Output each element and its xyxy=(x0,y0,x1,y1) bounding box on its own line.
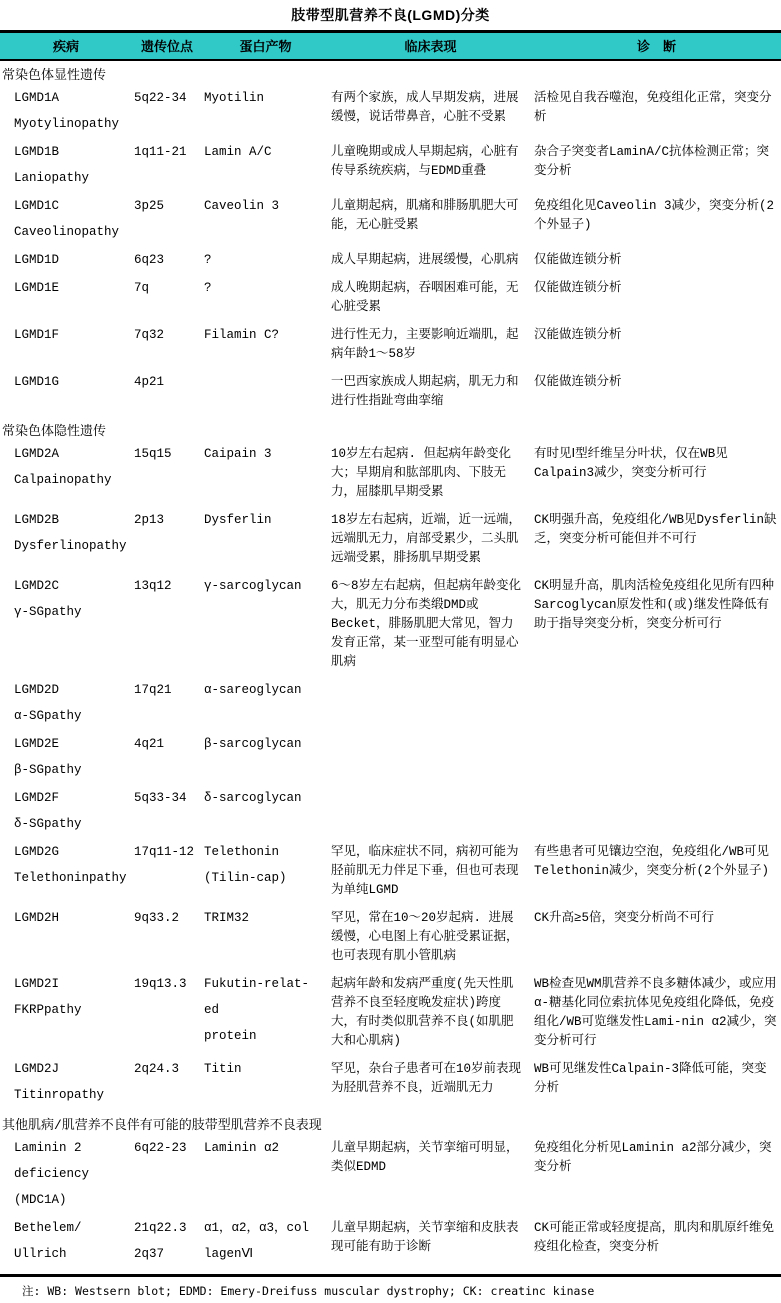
locus-cell: 7q xyxy=(132,276,202,323)
table-row: LGMD1E7q?成人晚期起病，吞咽困难可能，无心脏受累仅能做连锁分析 xyxy=(0,276,781,323)
diagnosis-cell: CK可能正常或轻度提高，肌肉和肌原纤维免疫组化检查，突变分析 xyxy=(532,1216,781,1270)
protein-cell xyxy=(202,370,329,417)
cell-line: LGMD2D xyxy=(14,681,124,700)
cell-line: Caveolinopathy xyxy=(14,223,124,242)
locus-cell: 21q22.32q37 xyxy=(132,1216,202,1270)
cell-line: Telethonin xyxy=(204,843,321,862)
cell-line: 儿童早期起病，关节挛缩和皮肤表现可能有助于诊断 xyxy=(331,1219,524,1257)
cell-line: Titinropathy xyxy=(14,1086,124,1105)
cell-line: 一巴西家族成人期起病，肌无力和进行性指趾弯曲挛缩 xyxy=(331,373,524,411)
table-row: LGMD1G4p21一巴西家族成人期起病，肌无力和进行性指趾弯曲挛缩仅能做连锁分… xyxy=(0,370,781,417)
footnote: 注: WB: Westsern blot; EDMD: Emery-Dreifu… xyxy=(0,1277,781,1303)
cell-line: ed xyxy=(204,1001,321,1020)
disease-cell: LGMD2H xyxy=(0,906,132,972)
diagnosis-cell: CK明显升高，肌肉活检免疫组化见所有四种Sarcoglycan原发性和(或)继发… xyxy=(532,574,781,678)
locus-cell: 17q11-12 xyxy=(132,840,202,906)
cell-line: Dysferlin xyxy=(204,511,321,530)
cell-line: 有些患者可见镶边空泡，免疫组化/WB可见Telethonin减少，突变分析(2个… xyxy=(534,843,777,881)
protein-cell: Lamin A/C xyxy=(202,140,329,194)
protein-cell: δ-sarcoglycan xyxy=(202,786,329,840)
cell-line: 3p25 xyxy=(134,197,194,216)
cell-line: CK明强升高，免疫组化/WB见Dysferlin缺乏，突变分析可能但并不可行 xyxy=(534,511,777,549)
protein-cell: α1，α2，α3，collagenⅥ xyxy=(202,1216,329,1270)
clinical-cell: 儿童早期起病，关节挛缩可明显，类似EDMD xyxy=(329,1136,532,1216)
disease-cell: Laminin 2deficiency(MDC1A) xyxy=(0,1136,132,1216)
disease-cell: LGMD2Cγ-SGpathy xyxy=(0,574,132,678)
cell-line: 4q21 xyxy=(134,735,194,754)
locus-cell: 9q33.2 xyxy=(132,906,202,972)
column-header-4: 诊 断 xyxy=(532,32,781,61)
clinical-cell: 有两个家族，成人早期发病，进展缓慢，说话带鼻音，心脏不受累 xyxy=(329,86,532,140)
cell-line: ? xyxy=(204,251,321,270)
clinical-cell: 18岁左右起病，近端，近一远端，远端肌无力，肩部受累少，二头肌远端受累，腓扬肌早… xyxy=(329,508,532,574)
diagnosis-cell xyxy=(532,678,781,732)
cell-line: LGMD2C xyxy=(14,577,124,596)
cell-line: (MDC1A) xyxy=(14,1191,124,1210)
protein-cell: β-sarcoglycan xyxy=(202,732,329,786)
protein-cell: Filamin C? xyxy=(202,323,329,370)
locus-cell: 5q33-34 xyxy=(132,786,202,840)
table-row: LGMD2JTitinropathy2q24.3Titin罕见，杂台子患者可在1… xyxy=(0,1057,781,1111)
cell-line: 17q21 xyxy=(134,681,194,700)
diagnosis-cell: CK升高≥5倍，突变分析尚不可行 xyxy=(532,906,781,972)
cell-line: 仅能做连锁分析 xyxy=(534,373,777,392)
cell-line: 儿童期起病，肌痛和腓肠肌肥大可能，无心脏受累 xyxy=(331,197,524,235)
cell-line: LGMD1F xyxy=(14,326,124,345)
locus-cell: 4q21 xyxy=(132,732,202,786)
cell-line: LGMD1G xyxy=(14,373,124,392)
cell-line: 1q11-21 xyxy=(134,143,194,162)
table-row: LGMD2BDysferlinopathy2p13Dysferlin18岁左右起… xyxy=(0,508,781,574)
cell-line: 有时见Ⅰ型纤维呈分叶状，仅在WB见Calpain3减少，突变分析可行 xyxy=(534,445,777,483)
header-row: 疾病遗传位点蛋白产物临床表现诊 断 xyxy=(0,32,781,61)
cell-line: 杂合子突变者LaminA/C抗体检测正常；突变分析 xyxy=(534,143,777,181)
diagnosis-cell: WB检查见WM肌营养不良多糖体减少，或应用α-糖基化同位索抗体见免疫组化降低，免… xyxy=(532,972,781,1057)
cell-line: Bethelem/ xyxy=(14,1219,124,1238)
cell-line: Caveolin 3 xyxy=(204,197,321,216)
locus-cell: 6q23 xyxy=(132,248,202,276)
disease-cell: LGMD1D xyxy=(0,248,132,276)
clinical-cell: 进行性无力，主要影响近端肌，起病年龄1～58岁 xyxy=(329,323,532,370)
table-header: 疾病遗传位点蛋白产物临床表现诊 断 xyxy=(0,32,781,61)
cell-line: 5q22-34 xyxy=(134,89,194,108)
diagnosis-cell: CK明强升高，免疫组化/WB见Dysferlin缺乏，突变分析可能但并不可行 xyxy=(532,508,781,574)
clinical-cell: 罕见，常在10～20岁起病. 进展缓慢，心电图上有心脏受累证据，也可表现有肌小管… xyxy=(329,906,532,972)
cell-line: LGMD1A xyxy=(14,89,124,108)
cell-line: 仅能做连锁分析 xyxy=(534,279,777,298)
cell-line: 起病年龄和发病严重度(先天性肌营养不良至轻度晚发症状)跨度大，有时类似肌营养不良… xyxy=(331,975,524,1051)
cell-line: δ-SGpathy xyxy=(14,815,124,834)
cell-line: δ-sarcoglycan xyxy=(204,789,321,808)
clinical-cell xyxy=(329,678,532,732)
cell-line: 儿童早期起病，关节挛缩可明显，类似EDMD xyxy=(331,1139,524,1177)
diagnosis-cell: 仅能做连锁分析 xyxy=(532,276,781,323)
disease-cell: LGMD2JTitinropathy xyxy=(0,1057,132,1111)
clinical-cell: 罕见，杂台子患者可在10岁前表现为胫肌营养不良，近端肌无力 xyxy=(329,1057,532,1111)
cell-line: CK明显升高，肌肉活检免疫组化见所有四种Sarcoglycan原发性和(或)继发… xyxy=(534,577,777,634)
column-header-3: 临床表现 xyxy=(329,32,532,61)
cell-line: LGMD2J xyxy=(14,1060,124,1079)
cell-line: WB可见继发性Calpain-3降低可能，突变分析 xyxy=(534,1060,777,1098)
disease-cell: LGMD2Fδ-SGpathy xyxy=(0,786,132,840)
table-title: 肢带型肌营养不良(LGMD)分类 xyxy=(0,2,781,30)
disease-cell: LGMD1BLaniopathy xyxy=(0,140,132,194)
cell-line: 4p21 xyxy=(134,373,194,392)
column-header-1: 遗传位点 xyxy=(132,32,202,61)
diagnosis-cell: 杂合子突变者LaminA/C抗体检测正常；突变分析 xyxy=(532,140,781,194)
protein-cell: ? xyxy=(202,248,329,276)
diagnosis-cell xyxy=(532,786,781,840)
cell-line: 19q13.3 xyxy=(134,975,194,994)
diagnosis-cell: WB可见继发性Calpain-3降低可能，突变分析 xyxy=(532,1057,781,1111)
cell-line: LGMD2B xyxy=(14,511,124,530)
cell-line: 9q33.2 xyxy=(134,909,194,928)
cell-line: α-sareoglycan xyxy=(204,681,321,700)
cell-line: 21q22.3 xyxy=(134,1219,194,1238)
cell-line: β-sarcoglycan xyxy=(204,735,321,754)
cell-line: LGMD1E xyxy=(14,279,124,298)
cell-line: 13q12 xyxy=(134,577,194,596)
table-row: LGMD2Eβ-SGpathy4q21β-sarcoglycan xyxy=(0,732,781,786)
locus-cell: 17q21 xyxy=(132,678,202,732)
locus-cell: 13q12 xyxy=(132,574,202,678)
disease-cell: LGMD1F xyxy=(0,323,132,370)
protein-cell: Myotilin xyxy=(202,86,329,140)
section-row: 其他肌病/肌营养不良伴有可能的肢带型肌营养不良表现 xyxy=(0,1111,781,1136)
locus-cell: 5q22-34 xyxy=(132,86,202,140)
cell-line: Filamin C? xyxy=(204,326,321,345)
cell-line: Lamin A/C xyxy=(204,143,321,162)
cell-line: LGMD2A xyxy=(14,445,124,464)
table-row: LGMD1AMyotylinopathy5q22-34Myotilin有两个家族… xyxy=(0,86,781,140)
cell-line: 15q15 xyxy=(134,445,194,464)
diagnosis-cell: 仅能做连锁分析 xyxy=(532,370,781,417)
cell-line: LGMD1C xyxy=(14,197,124,216)
cell-line: deficiency xyxy=(14,1165,124,1184)
section-heading: 常染色体隐性遗传 xyxy=(0,417,781,442)
cell-line: LGMD1D xyxy=(14,251,124,270)
locus-cell: 6q22-23 xyxy=(132,1136,202,1216)
table-row: Laminin 2deficiency(MDC1A)6q22-23Laminin… xyxy=(0,1136,781,1216)
locus-cell: 7q32 xyxy=(132,323,202,370)
cell-line: CK可能正常或轻度提高，肌肉和肌原纤维免疫组化检查，突变分析 xyxy=(534,1219,777,1257)
cell-line: Laminin α2 xyxy=(204,1139,321,1158)
clinical-cell: 起病年龄和发病严重度(先天性肌营养不良至轻度晚发症状)跨度大，有时类似肌营养不良… xyxy=(329,972,532,1057)
cell-line: TRIM32 xyxy=(204,909,321,928)
protein-cell: α-sareoglycan xyxy=(202,678,329,732)
cell-line: 儿童晚期或成人早期起病，心脏有传导系统疾病，与EDMD重叠 xyxy=(331,143,524,181)
disease-cell: LGMD2Eβ-SGpathy xyxy=(0,732,132,786)
cell-line: Laminin 2 xyxy=(14,1139,124,1158)
cell-line: 免疫组化见Caveolin 3减少，突变分析(2个外显子) xyxy=(534,197,777,235)
disease-cell: LGMD1G xyxy=(0,370,132,417)
cell-line: 汉能做连锁分析 xyxy=(534,326,777,345)
clinical-cell: 儿童晚期或成人早期起病，心脏有传导系统疾病，与EDMD重叠 xyxy=(329,140,532,194)
cell-line: 活检见自我吞噬泡，免疫组化正常，突变分析 xyxy=(534,89,777,127)
cell-line: β-SGpathy xyxy=(14,761,124,780)
cell-line: 18岁左右起病，近端，近一远端，远端肌无力，肩部受累少，二头肌远端受累，腓扬肌早… xyxy=(331,511,524,568)
table-row: Bethelem/Ullrich21q22.32q37α1，α2，α3，coll… xyxy=(0,1216,781,1270)
cell-line: Telethoninpathy xyxy=(14,869,124,888)
clinical-cell: 儿童早期起病，关节挛缩和皮肤表现可能有助于诊断 xyxy=(329,1216,532,1270)
disease-cell: LGMD1AMyotylinopathy xyxy=(0,86,132,140)
clinical-cell: 儿童期起病，肌痛和腓肠肌肥大可能，无心脏受累 xyxy=(329,194,532,248)
cell-line: 6～8岁左右起病，但起病年龄变化大，肌无力分布类缎DMD或Becket，腓肠肌肥… xyxy=(331,577,524,672)
cell-line: Myotylinopathy xyxy=(14,115,124,134)
clinical-cell: 成人早期起病，进展缓慢，心肌病 xyxy=(329,248,532,276)
diagnosis-cell: 有时见Ⅰ型纤维呈分叶状，仅在WB见Calpain3减少，突变分析可行 xyxy=(532,442,781,508)
cell-line: 有两个家族，成人早期发病，进展缓慢，说话带鼻音，心脏不受累 xyxy=(331,89,524,127)
table-row: LGMD2Fδ-SGpathy5q33-34δ-sarcoglycan xyxy=(0,786,781,840)
diagnosis-cell: 免疫组化见Caveolin 3减少，突变分析(2个外显子) xyxy=(532,194,781,248)
cell-line: LGMD2H xyxy=(14,909,124,928)
cell-line: γ-sarcoglycan xyxy=(204,577,321,596)
cell-line: 10岁左右起病. 但起病年龄变化大；早期肩和肱部肌肉、下肢无力，屈膝肌早期受累 xyxy=(331,445,524,502)
cell-line: 成人早期起病，进展缓慢，心肌病 xyxy=(331,251,524,270)
table-row: LGMD2IFKRPpathy19q13.3Fukutin-relat-edpr… xyxy=(0,972,781,1057)
table-row: LGMD2GTelethoninpathy17q11-12Telethonin(… xyxy=(0,840,781,906)
cell-line: FKRPpathy xyxy=(14,1001,124,1020)
cell-line: 5q33-34 xyxy=(134,789,194,808)
diagnosis-cell: 汉能做连锁分析 xyxy=(532,323,781,370)
diagnosis-cell: 有些患者可见镶边空泡，免疫组化/WB可见Telethonin减少，突变分析(2个… xyxy=(532,840,781,906)
locus-cell: 19q13.3 xyxy=(132,972,202,1057)
cell-line: LGMD1B xyxy=(14,143,124,162)
locus-cell: 4p21 xyxy=(132,370,202,417)
clinical-cell xyxy=(329,732,532,786)
cell-line: 2q24.3 xyxy=(134,1060,194,1079)
lgmd-classification-table: 疾病遗传位点蛋白产物临床表现诊 断 常染色体显性遗传LGMD1AMyotylin… xyxy=(0,30,781,1270)
cell-line: lagenⅥ xyxy=(204,1245,321,1264)
protein-cell: Telethonin(Tilin-cap) xyxy=(202,840,329,906)
clinical-cell: 罕见，临床症状不同，病初可能为胫前肌无力伴足下垂，但也可表现为单纯LGMD xyxy=(329,840,532,906)
cell-line: 进行性无力，主要影响近端肌，起病年龄1～58岁 xyxy=(331,326,524,364)
diagnosis-cell: 免疫组化分析见Laminin a2部分减少，突变分析 xyxy=(532,1136,781,1216)
diagnosis-cell: 仅能做连锁分析 xyxy=(532,248,781,276)
locus-cell: 2p13 xyxy=(132,508,202,574)
cell-line: WB检查见WM肌营养不良多糖体减少，或应用α-糖基化同位索抗体见免疫组化降低，免… xyxy=(534,975,777,1051)
diagnosis-cell: 活检见自我吞噬泡，免疫组化正常，突变分析 xyxy=(532,86,781,140)
cell-line: 6q23 xyxy=(134,251,194,270)
disease-cell: LGMD2ACalpainopathy xyxy=(0,442,132,508)
column-header-0: 疾病 xyxy=(0,32,132,61)
disease-cell: LGMD1E xyxy=(0,276,132,323)
cell-line: 6q22-23 xyxy=(134,1139,194,1158)
protein-cell: Fukutin-relat-edprotein xyxy=(202,972,329,1057)
disease-cell: LGMD2IFKRPpathy xyxy=(0,972,132,1057)
cell-line: LGMD2I xyxy=(14,975,124,994)
cell-line: (Tilin-cap) xyxy=(204,869,321,888)
cell-line: Titin xyxy=(204,1060,321,1079)
clinical-cell: 10岁左右起病. 但起病年龄变化大；早期肩和肱部肌肉、下肢无力，屈膝肌早期受累 xyxy=(329,442,532,508)
cell-line: α-SGpathy xyxy=(14,707,124,726)
section-row: 常染色体显性遗传 xyxy=(0,60,781,86)
cell-line: 罕见，常在10～20岁起病. 进展缓慢，心电图上有心脏受累证据，也可表现有肌小管… xyxy=(331,909,524,966)
table-row: LGMD2Dα-SGpathy17q21α-sareoglycan xyxy=(0,678,781,732)
cell-line: α1，α2，α3，col xyxy=(204,1219,321,1238)
cell-line: 罕见，临床症状不同，病初可能为胫前肌无力伴足下垂，但也可表现为单纯LGMD xyxy=(331,843,524,900)
section-row: 常染色体隐性遗传 xyxy=(0,417,781,442)
cell-line: 成人晚期起病，吞咽困难可能，无心脏受累 xyxy=(331,279,524,317)
cell-line: 2q37 xyxy=(134,1245,194,1264)
disease-cell: Bethelem/Ullrich xyxy=(0,1216,132,1270)
clinical-cell: 一巴西家族成人期起病，肌无力和进行性指趾弯曲挛缩 xyxy=(329,370,532,417)
cell-line: ? xyxy=(204,279,321,298)
cell-line: protein xyxy=(204,1027,321,1046)
table-row: LGMD2Cγ-SGpathy13q12γ-sarcoglycan6～8岁左右起… xyxy=(0,574,781,678)
locus-cell: 15q15 xyxy=(132,442,202,508)
cell-line: 2p13 xyxy=(134,511,194,530)
cell-line: 罕见，杂台子患者可在10岁前表现为胫肌营养不良，近端肌无力 xyxy=(331,1060,524,1098)
disease-cell: LGMD2BDysferlinopathy xyxy=(0,508,132,574)
disease-cell: LGMD2Dα-SGpathy xyxy=(0,678,132,732)
locus-cell: 1q11-21 xyxy=(132,140,202,194)
section-heading: 其他肌病/肌营养不良伴有可能的肢带型肌营养不良表现 xyxy=(0,1111,781,1136)
protein-cell: Titin xyxy=(202,1057,329,1111)
cell-line: Myotilin xyxy=(204,89,321,108)
cell-line: 7q xyxy=(134,279,194,298)
table-row: LGMD1BLaniopathy1q11-21Lamin A/C儿童晚期或成人早… xyxy=(0,140,781,194)
column-header-2: 蛋白产物 xyxy=(202,32,329,61)
locus-cell: 3p25 xyxy=(132,194,202,248)
cell-line: CK升高≥5倍，突变分析尚不可行 xyxy=(534,909,777,928)
protein-cell: Caipain 3 xyxy=(202,442,329,508)
clinical-cell: 6～8岁左右起病，但起病年龄变化大，肌无力分布类缎DMD或Becket，腓肠肌肥… xyxy=(329,574,532,678)
cell-line: 仅能做连锁分析 xyxy=(534,251,777,270)
locus-cell: 2q24.3 xyxy=(132,1057,202,1111)
clinical-cell xyxy=(329,786,532,840)
protein-cell: Dysferlin xyxy=(202,508,329,574)
disease-cell: LGMD2GTelethoninpathy xyxy=(0,840,132,906)
table-row: LGMD2ACalpainopathy15q15Caipain 310岁左右起病… xyxy=(0,442,781,508)
cell-line: Laniopathy xyxy=(14,169,124,188)
section-heading: 常染色体显性遗传 xyxy=(0,60,781,86)
cell-line: Calpainopathy xyxy=(14,471,124,490)
cell-line: Caipain 3 xyxy=(204,445,321,464)
clinical-cell: 成人晚期起病，吞咽困难可能，无心脏受累 xyxy=(329,276,532,323)
cell-line: LGMD2E xyxy=(14,735,124,754)
table-row: LGMD2H9q33.2TRIM32罕见，常在10～20岁起病. 进展缓慢，心电… xyxy=(0,906,781,972)
protein-cell: TRIM32 xyxy=(202,906,329,972)
protein-cell: γ-sarcoglycan xyxy=(202,574,329,678)
cell-line: Ullrich xyxy=(14,1245,124,1264)
document-page: 肢带型肌营养不良(LGMD)分类 疾病遗传位点蛋白产物临床表现诊 断 常染色体显… xyxy=(0,0,781,1303)
cell-line: 17q11-12 xyxy=(134,843,194,862)
table-row: LGMD1D6q23?成人早期起病，进展缓慢，心肌病仅能做连锁分析 xyxy=(0,248,781,276)
protein-cell: Laminin α2 xyxy=(202,1136,329,1216)
diagnosis-cell xyxy=(532,732,781,786)
cell-line: Dysferlinopathy xyxy=(14,537,124,556)
cell-line: Fukutin-relat- xyxy=(204,975,321,994)
cell-line: LGMD2G xyxy=(14,843,124,862)
disease-cell: LGMD1CCaveolinopathy xyxy=(0,194,132,248)
protein-cell: Caveolin 3 xyxy=(202,194,329,248)
table-row: LGMD1CCaveolinopathy3p25Caveolin 3儿童期起病，… xyxy=(0,194,781,248)
cell-line: 7q32 xyxy=(134,326,194,345)
cell-line: γ-SGpathy xyxy=(14,603,124,622)
cell-line: 免疫组化分析见Laminin a2部分减少，突变分析 xyxy=(534,1139,777,1177)
table-row: LGMD1F7q32Filamin C?进行性无力，主要影响近端肌，起病年龄1～… xyxy=(0,323,781,370)
cell-line: LGMD2F xyxy=(14,789,124,808)
protein-cell: ? xyxy=(202,276,329,323)
